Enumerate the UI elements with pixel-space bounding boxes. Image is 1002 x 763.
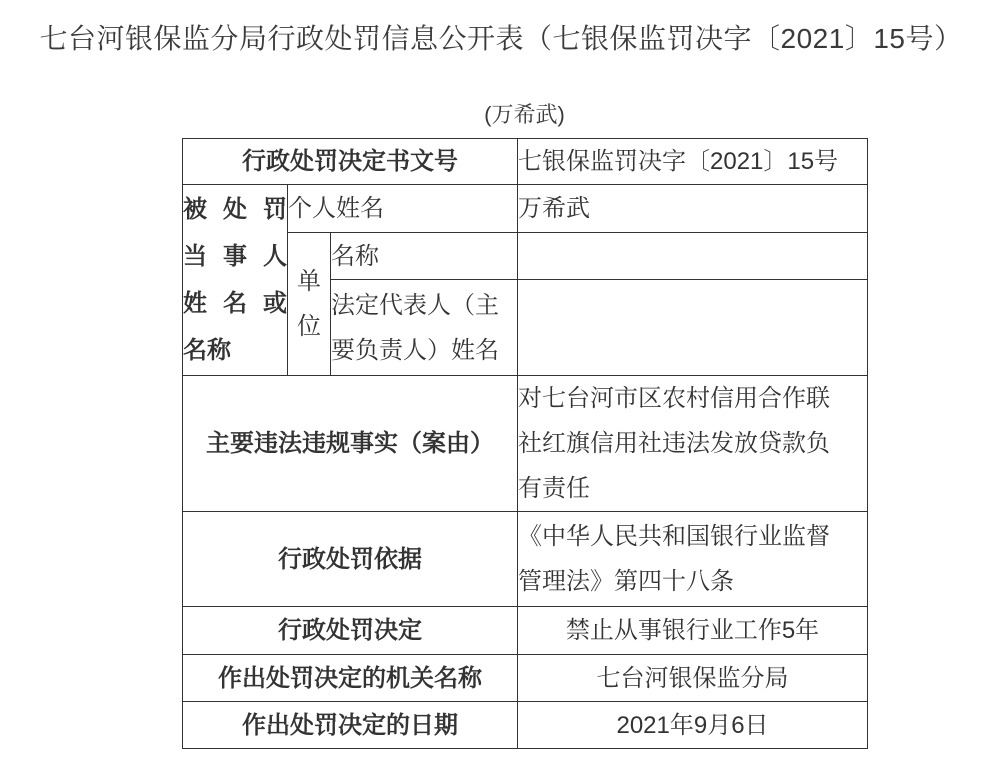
page-title: 七台河银保监分局行政处罚信息公开表（七银保监罚决字〔2021〕15号）	[0, 21, 1002, 56]
basis-label: 行政处罚依据	[183, 512, 518, 607]
page: 七台河银保监分局行政处罚信息公开表（七银保监罚决字〔2021〕15号） (万希武…	[0, 21, 1002, 749]
doc-number-label: 行政处罚决定书文号	[183, 139, 518, 185]
authority-label: 作出处罚决定的机关名称	[183, 655, 518, 702]
row-basis: 行政处罚依据 《中华人民共和国银行业监督 管理法》第四十八条	[183, 512, 868, 607]
date-value: 2021年9月6日	[518, 702, 868, 749]
unit-label: 单 位	[288, 233, 331, 376]
decision-value: 禁止从事银行业工作5年	[518, 607, 868, 655]
unit-name-value	[518, 233, 868, 280]
unit-name-label: 名称	[331, 233, 518, 280]
party-label-line: 姓名或	[183, 280, 287, 327]
basis-value: 《中华人民共和国银行业监督 管理法》第四十八条	[518, 512, 868, 607]
page-subtitle: (万希武)	[182, 101, 867, 128]
row-personal-name: 被处罚 当事人 姓名或 名称 个人姓名 万希武	[183, 185, 868, 233]
penalty-table: 行政处罚决定书文号 七银保监罚决字〔2021〕15号 被处罚 当事人 姓名或 名…	[182, 138, 868, 749]
party-label: 被处罚 当事人 姓名或 名称	[183, 185, 288, 376]
row-date: 作出处罚决定的日期 2021年9月6日	[183, 702, 868, 749]
party-label-line: 被处罚	[183, 186, 287, 233]
legal-rep-label: 法定代表人（主 要负责人）姓名	[331, 280, 518, 376]
legal-rep-value	[518, 280, 868, 376]
party-label-line: 当事人	[183, 233, 287, 280]
row-doc-number: 行政处罚决定书文号 七银保监罚决字〔2021〕15号	[183, 139, 868, 185]
row-authority: 作出处罚决定的机关名称 七台河银保监分局	[183, 655, 868, 702]
personal-name-value: 万希武	[518, 185, 868, 233]
decision-label: 行政处罚决定	[183, 607, 518, 655]
facts-value: 对七台河市区农村信用合作联 社红旗信用社违法发放贷款负 有责任	[518, 376, 868, 512]
facts-label: 主要违法违规事实（案由）	[183, 376, 518, 512]
personal-name-label: 个人姓名	[288, 185, 518, 233]
row-decision: 行政处罚决定 禁止从事银行业工作5年	[183, 607, 868, 655]
party-label-line: 名称	[183, 327, 287, 374]
row-facts: 主要违法违规事实（案由） 对七台河市区农村信用合作联 社红旗信用社违法发放贷款负…	[183, 376, 868, 512]
doc-number-value: 七银保监罚决字〔2021〕15号	[518, 139, 868, 185]
date-label: 作出处罚决定的日期	[183, 702, 518, 749]
authority-value: 七台河银保监分局	[518, 655, 868, 702]
